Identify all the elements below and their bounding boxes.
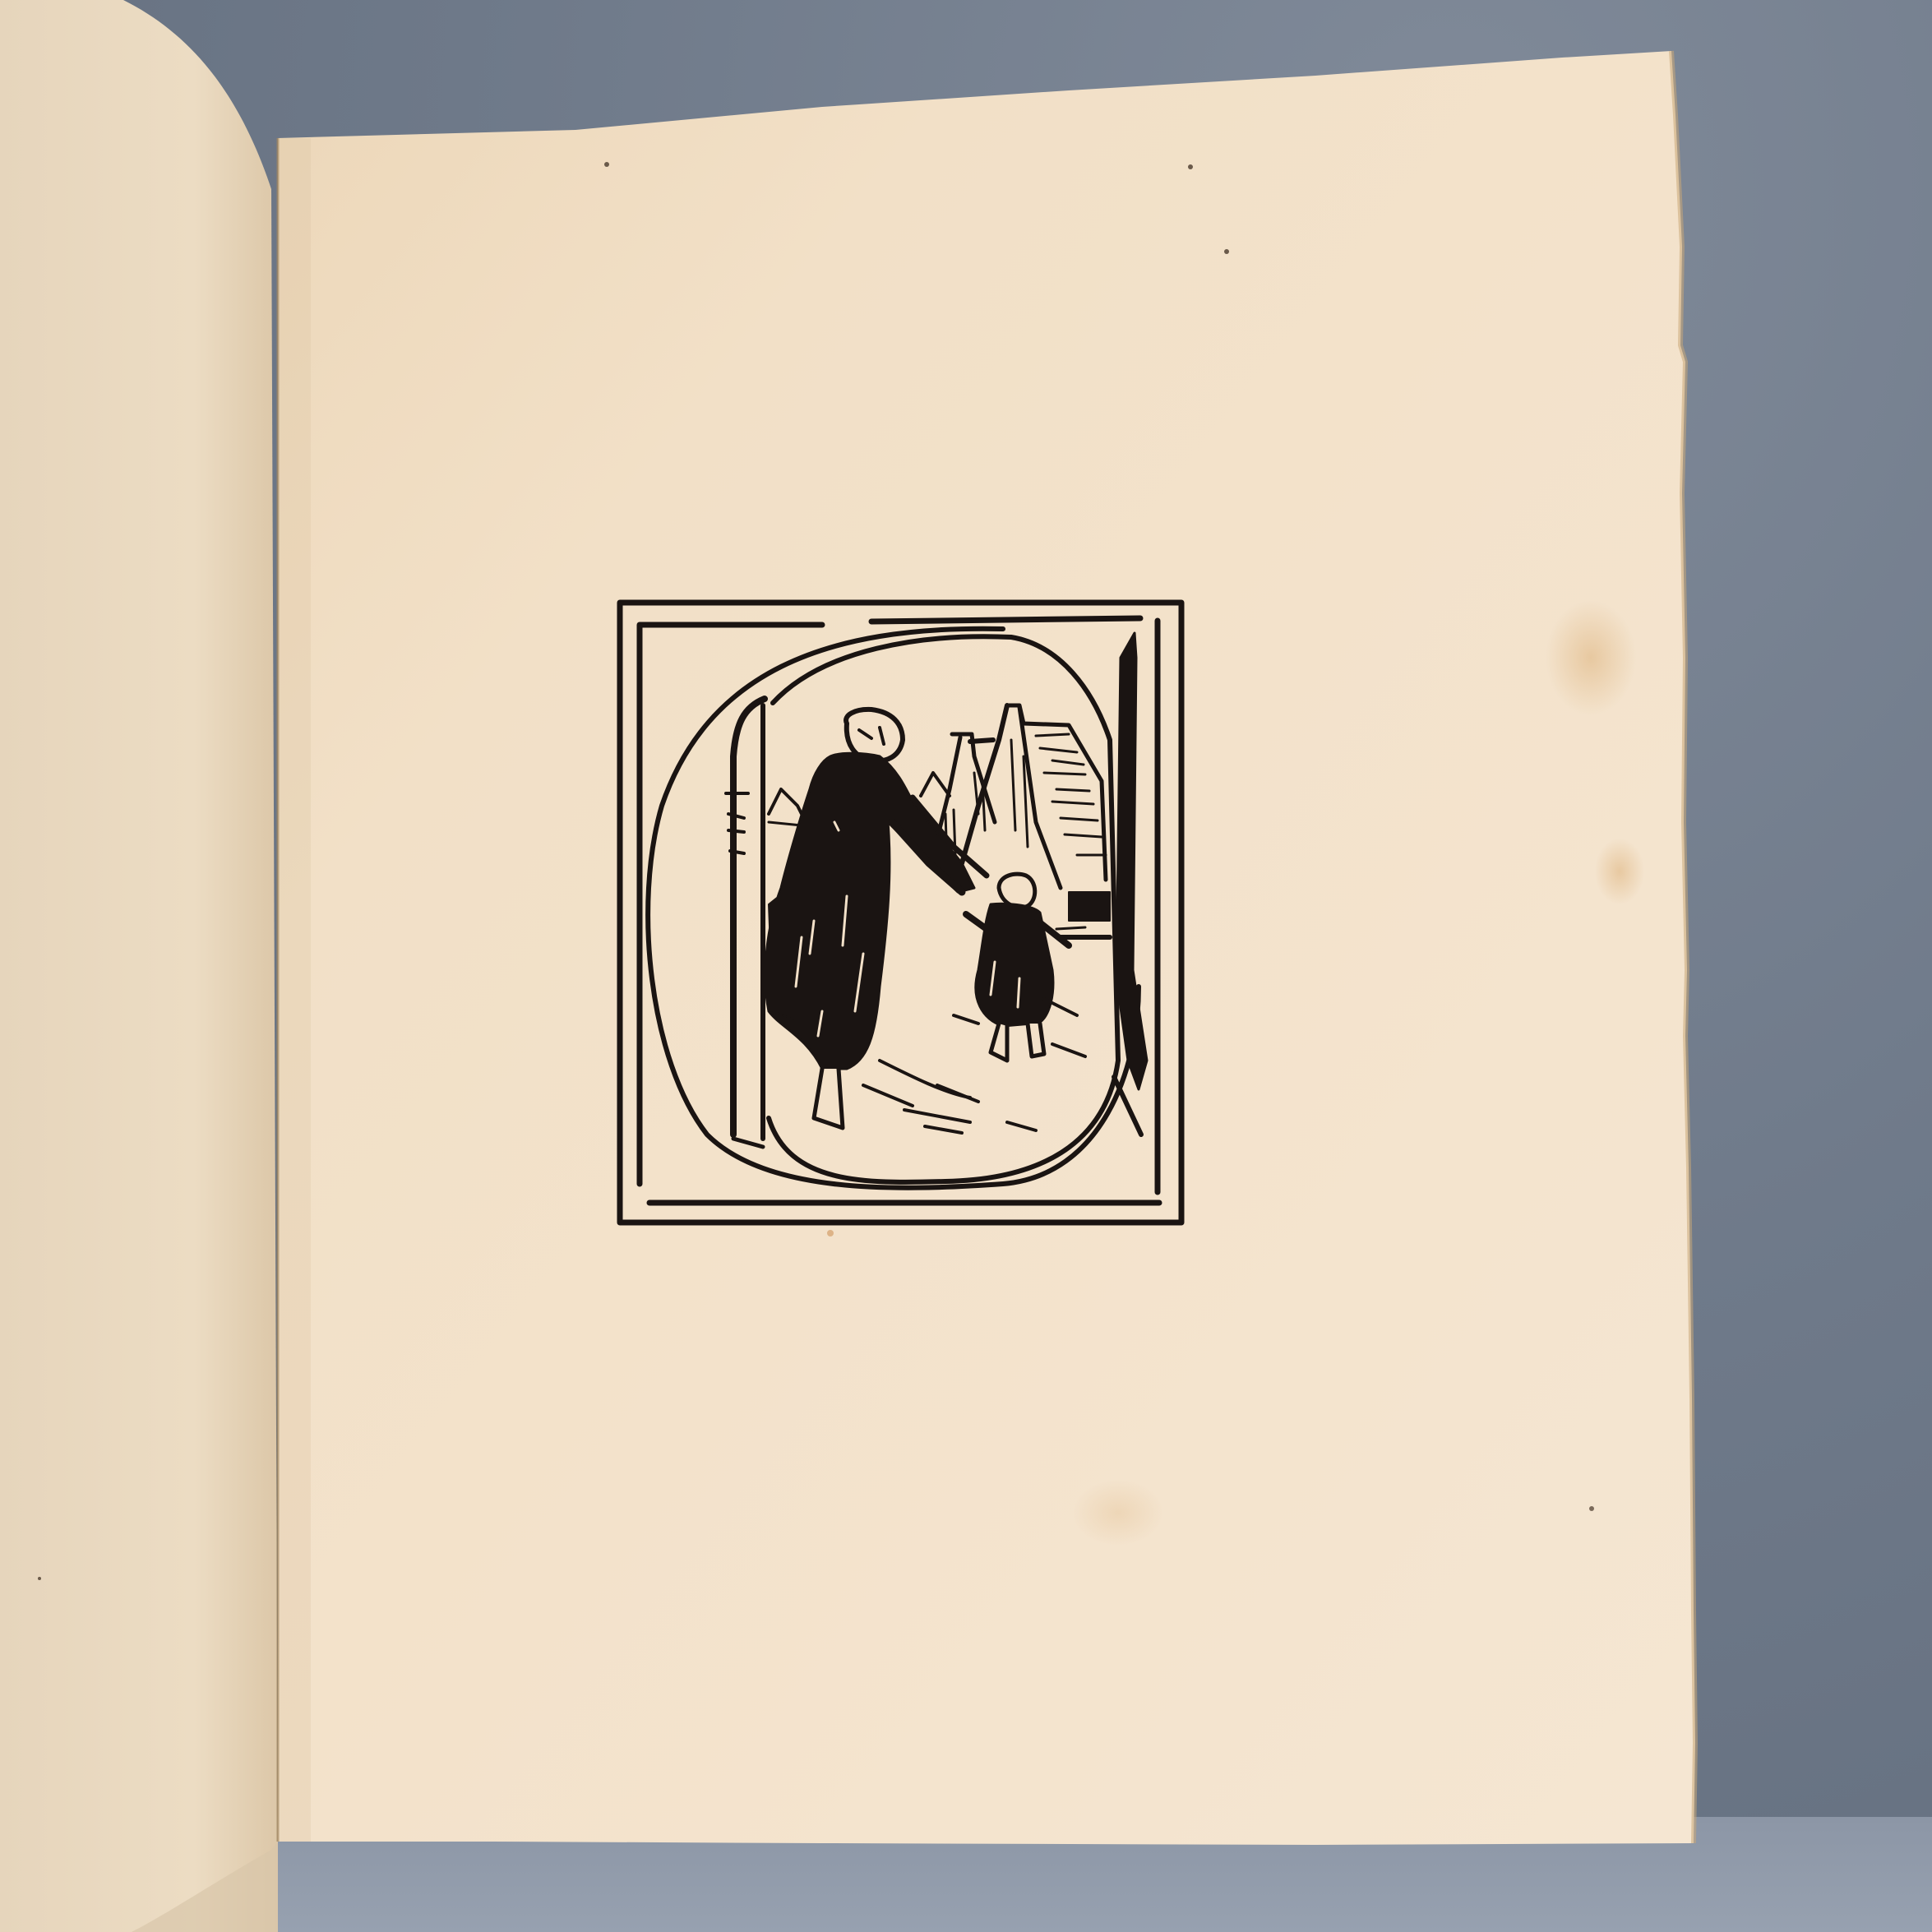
open-book — [0, 0, 1932, 1932]
foxing-stain — [1595, 839, 1644, 904]
foxing-stain — [1546, 600, 1636, 715]
left-page — [0, 0, 278, 1932]
foxing-stain — [1073, 1480, 1163, 1546]
